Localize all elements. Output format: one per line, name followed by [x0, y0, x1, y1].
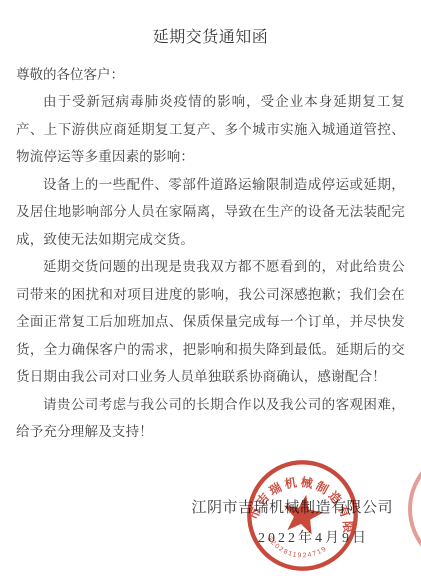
letter-title: 延期交货通知函 [16, 24, 405, 47]
paragraph-transport-restriction: 设备上的一些配件、零部件道路运输限制造成停运或延期，及居住地影响部分人员在家隔离… [16, 171, 405, 254]
company-seal-stamp: 江阴市吉瑞机械制造有限公司 3202811924719 [236, 449, 369, 579]
salutation: 尊敬的各位客户： [16, 61, 405, 88]
delay-notice-letter: 延期交货通知函 尊敬的各位客户： 由于受新冠病毒肺炎疫情的影响，受企业本身延期复… [0, 0, 421, 579]
seal-graphic: 江阴市吉瑞机械制造有限公司 3202811924719 [236, 449, 369, 579]
seal-star-icon [280, 491, 326, 536]
paragraph-request-understanding: 请贵公司考虑与我公司的长期合作以及我公司的客观困难，给予充分理解及支持！ [16, 391, 405, 446]
partial-seal-edge [408, 448, 421, 570]
paragraph-epidemic-impact: 由于受新冠病毒肺炎疫情的影响，受企业本身延期复工复产、上下游供应商延期复工复产、… [16, 88, 405, 171]
paragraph-apology-commitment: 延期交货问题的出现是贵我双方都不愿看到的，对此给贵公司带来的困扰和对项目进度的影… [16, 253, 405, 391]
